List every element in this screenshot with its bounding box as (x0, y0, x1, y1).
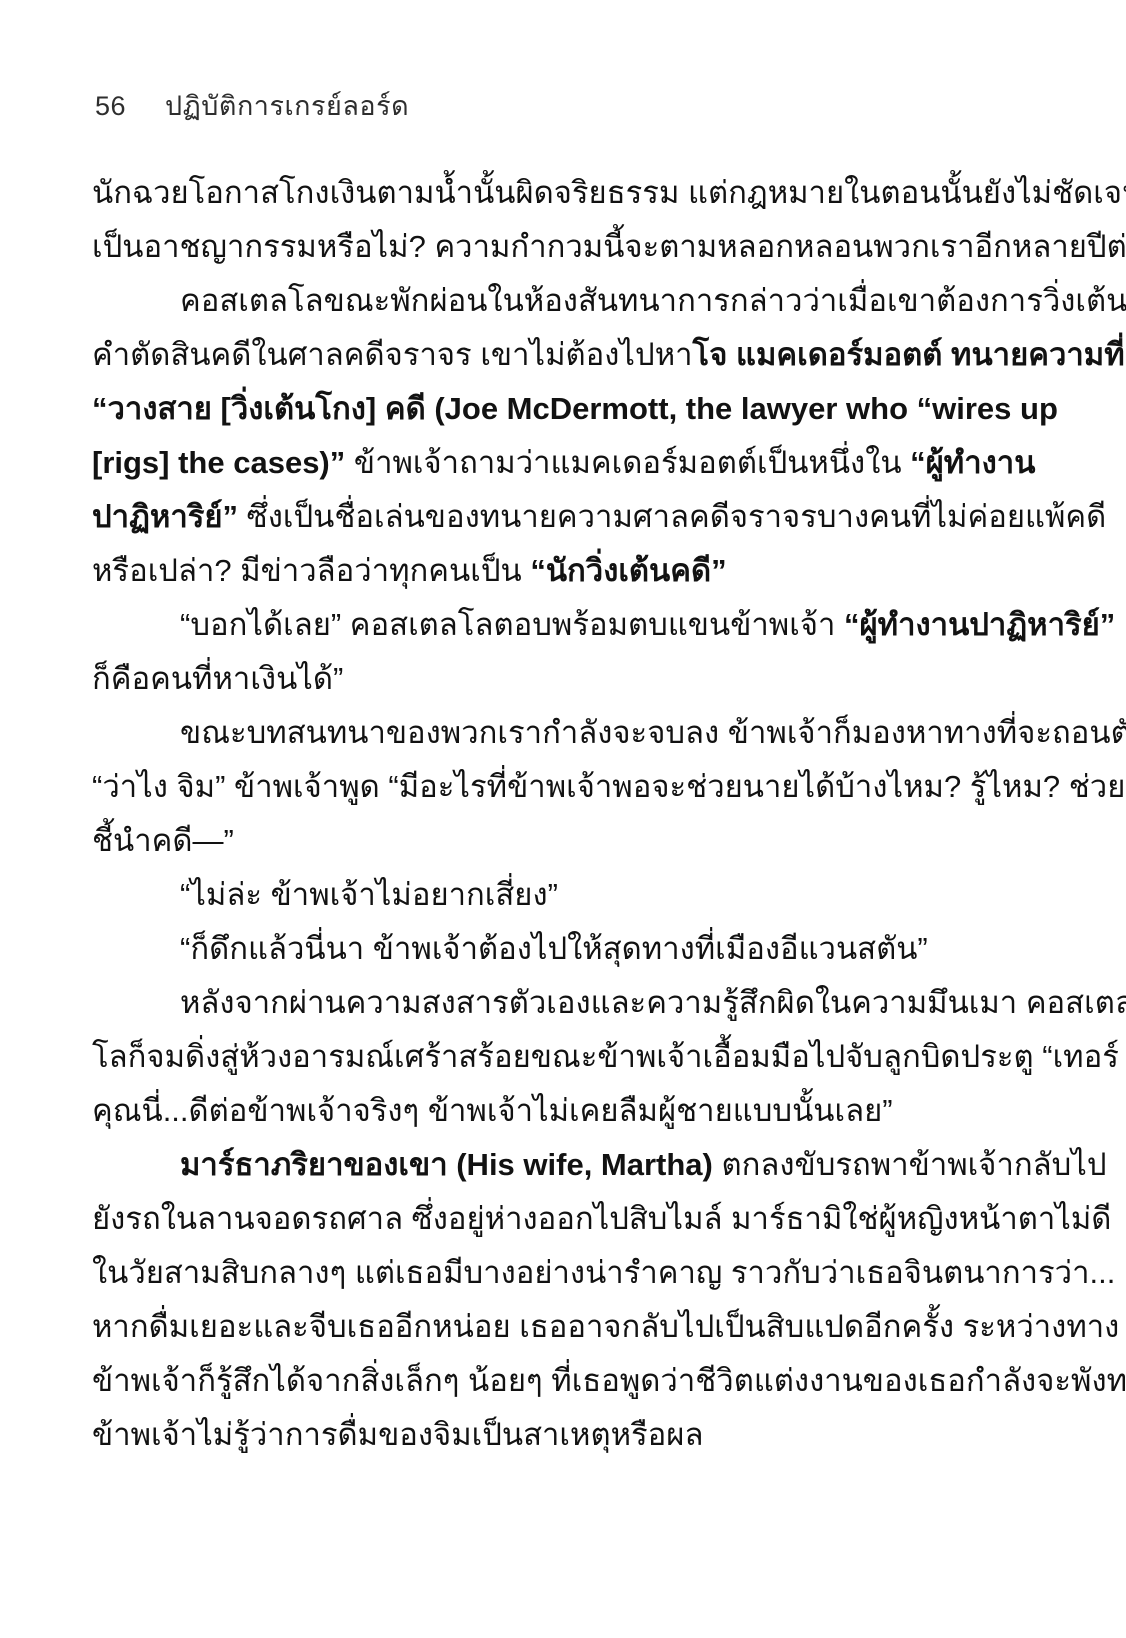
running-title: ปฏิบัติการเกรย์ลอร์ด (165, 84, 409, 127)
text-run: “บอกได้เลย” คอสเตลโลตอบพร้อมตบแขนข้าพเจ้… (180, 607, 844, 642)
text-run: หรือเปล่า? มีข่าวลือว่าทุกคนเป็น (92, 553, 530, 588)
text-line: “ว่าไง จิม” ข้าพเจ้าพูด “มีอะไรที่ข้าพเจ… (92, 760, 1044, 814)
text-run: “ไม่ล่ะ ข้าพเจ้าไม่อยากเสี่ยง” (180, 877, 558, 912)
book-page: 56 ปฏิบัติการเกรย์ลอร์ด นักฉวยโอกาสโกงเง… (0, 0, 1126, 1638)
bold-text-run: “ผู้ทำงานปาฏิหาริย์” (844, 607, 1115, 642)
text-line: ข้าพเจ้าไม่รู้ว่าการดื่มของจิมเป็นสาเหตุ… (92, 1408, 1044, 1462)
text-line: หลังจากผ่านความสงสารตัวเองและความรู้สึกผ… (92, 976, 1044, 1030)
text-run: คำตัดสินคดีในศาลคดีจราจร เขาไม่ต้องไปหา (92, 337, 693, 372)
text-line: คอสเตลโลขณะพักผ่อนในห้องสันทนาการกล่าวว่… (92, 274, 1044, 328)
text-run: หลังจากผ่านความสงสารตัวเองและความรู้สึกผ… (180, 985, 1126, 1020)
bold-text-run: โจ แมคเดอร์มอตต์ ทนายความที่ (693, 337, 1125, 372)
page-header: 56 ปฏิบัติการเกรย์ลอร์ด (95, 84, 409, 127)
text-run: คุณนี่...ดีต่อข้าพเจ้าจริงๆ ข้าพเจ้าไม่เ… (92, 1093, 893, 1128)
text-line: “ไม่ล่ะ ข้าพเจ้าไม่อยากเสี่ยง” (92, 868, 1044, 922)
text-run: ข้าพเจ้าก็รู้สึกได้จากสิ่งเล็กๆ น้อยๆ ที… (92, 1363, 1126, 1398)
bold-text-run: มาร์ธาภริยาของเขา (His wife, Martha) (180, 1147, 713, 1182)
text-run: ชี้นำคดี—” (92, 823, 234, 858)
text-run: ข้าพเจ้าถามว่าแมคเดอร์มอตต์เป็นหนึ่งใน (345, 445, 910, 480)
text-line: ยังรถในลานจอดรถศาล ซึ่งอยู่ห่างออกไปสิบไ… (92, 1192, 1044, 1246)
text-line: หากดื่มเยอะและจีบเธออีกหน่อย เธออาจกลับไ… (92, 1300, 1044, 1354)
bold-text-run: “ผู้ทำงาน (910, 445, 1035, 480)
text-block: นักฉวยโอกาสโกงเงินตามน้ำนั้นผิดจริยธรรม … (92, 166, 1044, 1462)
bold-text-run: ปาฏิหาริย์” (92, 499, 238, 534)
text-run: นักฉวยโอกาสโกงเงินตามน้ำนั้นผิดจริยธรรม … (92, 175, 1126, 210)
text-run: ในวัยสามสิบกลางๆ แต่เธอมีบางอย่างน่ารำคา… (92, 1255, 1115, 1290)
text-run: ขณะบทสนทนาของพวกเรากำลังจะจบลง ข้าพเจ้าก… (180, 715, 1126, 750)
text-line: โลก็จมดิ่งสู่ห้วงอารมณ์เศร้าสร้อยขณะข้าพ… (92, 1030, 1044, 1084)
text-run: ก็คือคนที่หาเงินได้” (92, 661, 343, 696)
text-run: ยังรถในลานจอดรถศาล ซึ่งอยู่ห่างออกไปสิบไ… (92, 1201, 1111, 1236)
text-run: หากดื่มเยอะและจีบเธออีกหน่อย เธออาจกลับไ… (92, 1309, 1119, 1344)
text-line: ชี้นำคดี—” (92, 814, 1044, 868)
text-run: ตกลงขับรถพาข้าพเจ้ากลับไป (713, 1147, 1107, 1182)
text-line: คำตัดสินคดีในศาลคดีจราจร เขาไม่ต้องไปหาโ… (92, 328, 1044, 382)
text-line: หรือเปล่า? มีข่าวลือว่าทุกคนเป็น “นักวิ่… (92, 544, 1044, 598)
text-run: “ว่าไง จิม” ข้าพเจ้าพูด “มีอะไรที่ข้าพเจ… (92, 769, 1125, 804)
text-run: ข้าพเจ้าไม่รู้ว่าการดื่มของจิมเป็นสาเหตุ… (92, 1417, 703, 1452)
bold-text-run: “นักวิ่งเต้นคดี” (530, 553, 726, 588)
text-line: “วางสาย [วิ่งเต้นโกง] คดี (Joe McDermott… (92, 382, 1044, 436)
text-line: ปาฏิหาริย์” ซึ่งเป็นชื่อเล่นของทนายความศ… (92, 490, 1044, 544)
text-line: “บอกได้เลย” คอสเตลโลตอบพร้อมตบแขนข้าพเจ้… (92, 598, 1044, 652)
text-line: คุณนี่...ดีต่อข้าพเจ้าจริงๆ ข้าพเจ้าไม่เ… (92, 1084, 1044, 1138)
text-line: นักฉวยโอกาสโกงเงินตามน้ำนั้นผิดจริยธรรม … (92, 166, 1044, 220)
text-line: ข้าพเจ้าก็รู้สึกได้จากสิ่งเล็กๆ น้อยๆ ที… (92, 1354, 1044, 1408)
bold-text-run: “วางสาย [วิ่งเต้นโกง] คดี (Joe McDermott… (92, 391, 1058, 426)
text-line: เป็นอาชญากรรมหรือไม่? ความกำกวมนี้จะตามห… (92, 220, 1044, 274)
text-line: ในวัยสามสิบกลางๆ แต่เธอมีบางอย่างน่ารำคา… (92, 1246, 1044, 1300)
bold-text-run: [rigs] the cases)” (92, 445, 345, 480)
text-line: ก็คือคนที่หาเงินได้” (92, 652, 1044, 706)
text-run: เป็นอาชญากรรมหรือไม่? ความกำกวมนี้จะตามห… (92, 229, 1126, 264)
text-line: “ก็ดึกแล้วนี่นา ข้าพเจ้าต้องไปให้สุดทางท… (92, 922, 1044, 976)
text-run: คอสเตลโลขณะพักผ่อนในห้องสันทนาการกล่าวว่… (180, 283, 1126, 318)
text-run: ซึ่งเป็นชื่อเล่นของทนายความศาลคดีจราจรบา… (238, 499, 1106, 534)
text-run: “ก็ดึกแล้วนี่นา ข้าพเจ้าต้องไปให้สุดทางท… (180, 931, 928, 966)
text-line: [rigs] the cases)” ข้าพเจ้าถามว่าแมคเดอร… (92, 436, 1044, 490)
text-line: ขณะบทสนทนาของพวกเรากำลังจะจบลง ข้าพเจ้าก… (92, 706, 1044, 760)
page-number: 56 (95, 91, 133, 122)
text-run: โลก็จมดิ่งสู่ห้วงอารมณ์เศร้าสร้อยขณะข้าพ… (92, 1039, 1119, 1074)
text-line: มาร์ธาภริยาของเขา (His wife, Martha) ตกล… (92, 1138, 1044, 1192)
